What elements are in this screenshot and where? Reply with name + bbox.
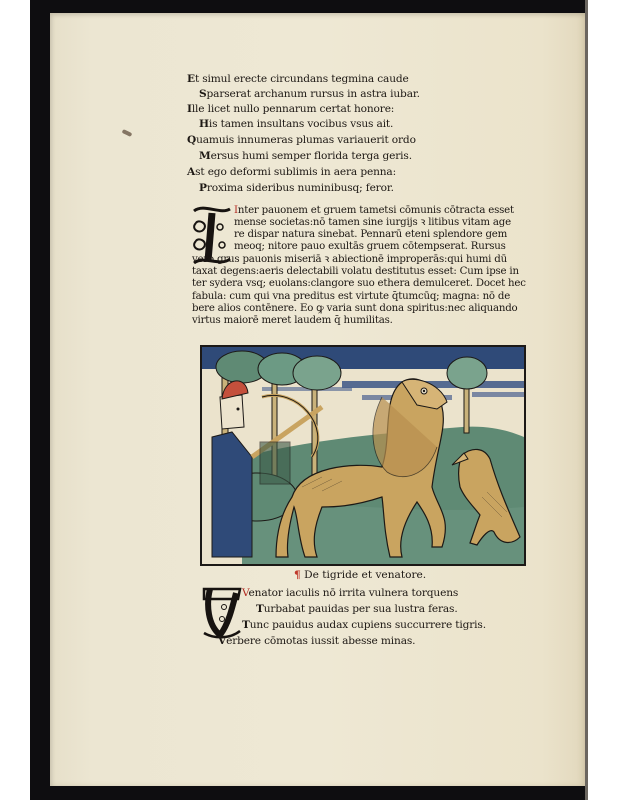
decorated-initial-v <box>202 585 242 639</box>
prose-line: meoq; nitore pauo exultās gruem cōtempse… <box>234 241 506 253</box>
verse-line: Quamuis innumeras plumas variauerit ordo <box>187 133 416 147</box>
ink-blot <box>122 129 133 137</box>
verse-line: Tunc pauidus audax cupiens succurrere ti… <box>242 618 486 632</box>
prose-line: Inter pauonem et gruem tametsi cōmunis c… <box>234 205 514 217</box>
verse-line: Venator iaculis nō irrita vulnera torque… <box>242 586 458 600</box>
verse-line: Proxima sideribus numinibusq; feror. <box>199 181 394 195</box>
fable-heading: ¶ De tigride et venatore. <box>294 569 426 581</box>
prose-line: taxat degens:aeris delectabili volatu de… <box>192 266 519 278</box>
prose-line: mense societas:nō tamen sine iurgijs ꝛ l… <box>234 217 511 229</box>
prose-line: bere alios contēnere. Eo ꝙ varia sunt do… <box>192 303 518 315</box>
verse-line: Turbabat pauidas per sua lustra feras. <box>256 602 458 616</box>
prose-line: fabula: cum qui vna preditus est virtute… <box>192 291 510 303</box>
prose-line: vero grus pauonis miseriā ꝛ abiectionē i… <box>192 254 507 266</box>
book-page: Et simul erecte circundans tegmina caude… <box>50 13 585 786</box>
prose-line: virtus maiorē meret laudem q̄ humilitas. <box>192 315 393 327</box>
verse-line: His tamen insultans vocibus vsus ait. <box>199 117 393 131</box>
flourish-ornament-icon <box>202 585 242 639</box>
woodcut-scene <box>202 347 524 564</box>
verse-line: Et simul erecte circundans tegmina caude <box>187 72 409 86</box>
page-edge <box>585 0 588 800</box>
verse-line: Mersus humi semper florida terga geris. <box>199 149 412 163</box>
woodcut-illustration <box>200 345 526 566</box>
verse-line: Verbere cōmotas iussit abesse minas. <box>218 634 415 648</box>
prose-line: ter sydera vsq; euolans:clangore suo eth… <box>192 278 526 290</box>
prose-line: re dispar natura sinebat. Pennarū eteni … <box>234 229 507 241</box>
verse-line: Sparserat archanum rursus in astra iubar… <box>199 87 420 101</box>
verse-line: Ille licet nullo pennarum certat honore: <box>187 102 394 116</box>
verse-line: Ast ego deformi sublimis in aera penna: <box>187 165 396 179</box>
